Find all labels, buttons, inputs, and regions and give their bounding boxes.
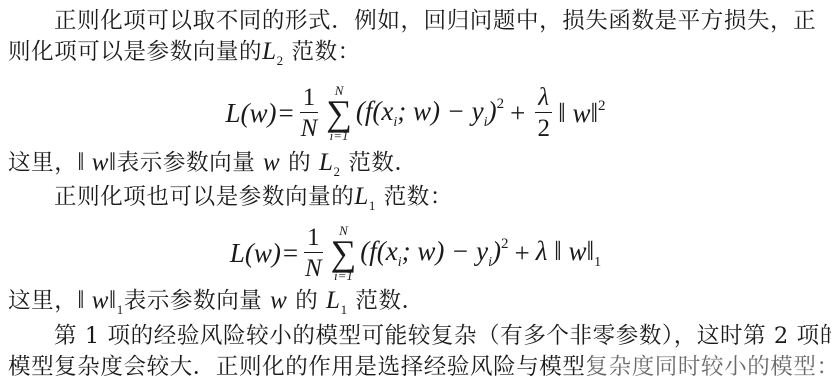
numerator: λ bbox=[535, 85, 552, 113]
paragraph-3: 正则化项也可以是参数向量的L1 范数： bbox=[8, 182, 827, 221]
denominator: N bbox=[301, 113, 318, 141]
math-plus: + bbox=[510, 98, 525, 129]
text: 这里， bbox=[8, 288, 77, 314]
math-equals: = bbox=[278, 98, 293, 129]
sigma-icon: ∑ bbox=[326, 97, 352, 129]
text: 的 bbox=[287, 288, 326, 314]
math-subscript: 2 bbox=[277, 53, 284, 68]
text: 的 bbox=[280, 150, 319, 176]
math-L: L bbox=[354, 183, 369, 210]
denominator: 2 bbox=[537, 113, 550, 141]
numerator: 1 bbox=[300, 85, 319, 113]
text: 表示参数向量 bbox=[117, 150, 263, 176]
norm-term: ‖ w‖2 bbox=[558, 98, 605, 129]
math-equals: = bbox=[283, 238, 298, 269]
formula-l2-regularized-loss: L(w) = 1 N N ∑ i=1 (f(xi; w) − yi)2 + λ … bbox=[0, 78, 831, 148]
paragraph-1-line-1: 正则化项可以取不同的形式．例如，回归问题中，损失函数是平方损失，正 bbox=[8, 6, 827, 36]
sum-body: (f(xi; w) − yi)2 bbox=[360, 236, 508, 271]
math-subscript: 1 bbox=[117, 302, 124, 317]
sum-lower: i=1 bbox=[330, 129, 349, 142]
summation: N ∑ i=1 bbox=[326, 84, 352, 142]
text: 正则化项可以取不同的形式．例如，回归问题中，损失函数是平方损失，正 bbox=[54, 8, 816, 34]
sum-body: (f(xi; w) − yi)2 bbox=[356, 96, 504, 131]
math-lhs: L(w) bbox=[230, 238, 281, 269]
math-subscript: 1 bbox=[341, 302, 348, 317]
text: 这里， bbox=[8, 150, 77, 176]
text: 范数． bbox=[341, 150, 418, 176]
math-norm: ‖ w‖ bbox=[77, 149, 116, 176]
fraction-1-over-N: 1 N bbox=[300, 85, 319, 141]
math-norm: ‖ w‖ bbox=[77, 287, 116, 314]
paragraph-1-line-2: 则化项可以是参数向量的L2 范数： bbox=[8, 37, 827, 76]
math-lhs: L(w) bbox=[225, 98, 276, 129]
sigma-icon: ∑ bbox=[331, 237, 357, 269]
text: 范数． bbox=[348, 288, 425, 314]
text: 表示参数向量 bbox=[124, 288, 270, 314]
fraction-lambda-over-2: λ 2 bbox=[535, 85, 552, 141]
text: 第 1 项的经验风险较小的模型可能较复杂（有多个非零参数），这时第 2 项的 bbox=[54, 323, 831, 349]
math-w: w bbox=[263, 149, 280, 176]
norm-term: λ ‖ w‖1 bbox=[536, 236, 601, 271]
paragraph-5-line-1: 第 1 项的经验风险较小的模型可能较复杂（有多个非零参数），这时第 2 项的 bbox=[8, 321, 827, 351]
denominator: N bbox=[305, 253, 322, 281]
watermark-overlay bbox=[590, 350, 830, 380]
paragraph-4: 这里，‖ w‖1表示参数向量 w 的 L1 范数． bbox=[8, 286, 827, 325]
math-L: L bbox=[319, 149, 334, 176]
text: 正则化项也可以是参数向量的 bbox=[54, 184, 354, 210]
summation: N ∑ i=1 bbox=[331, 224, 357, 282]
math-plus: + bbox=[515, 238, 530, 269]
math-subscript: 1 bbox=[369, 198, 376, 213]
fraction-1-over-N: 1 N bbox=[304, 225, 323, 281]
sum-lower: i=1 bbox=[334, 269, 353, 282]
text: 范数： bbox=[376, 184, 453, 210]
math-w: w bbox=[270, 287, 287, 314]
math-subscript: 2 bbox=[333, 164, 340, 179]
math-L: L bbox=[262, 38, 277, 65]
numerator: 1 bbox=[304, 225, 323, 253]
math-L: L bbox=[326, 287, 341, 314]
text: 范数： bbox=[284, 39, 361, 65]
text: 则化项可以是参数向量的 bbox=[8, 39, 262, 65]
formula-l1-regularized-loss: L(w) = 1 N N ∑ i=1 (f(xi; w) − yi)2 + λ … bbox=[0, 218, 831, 288]
